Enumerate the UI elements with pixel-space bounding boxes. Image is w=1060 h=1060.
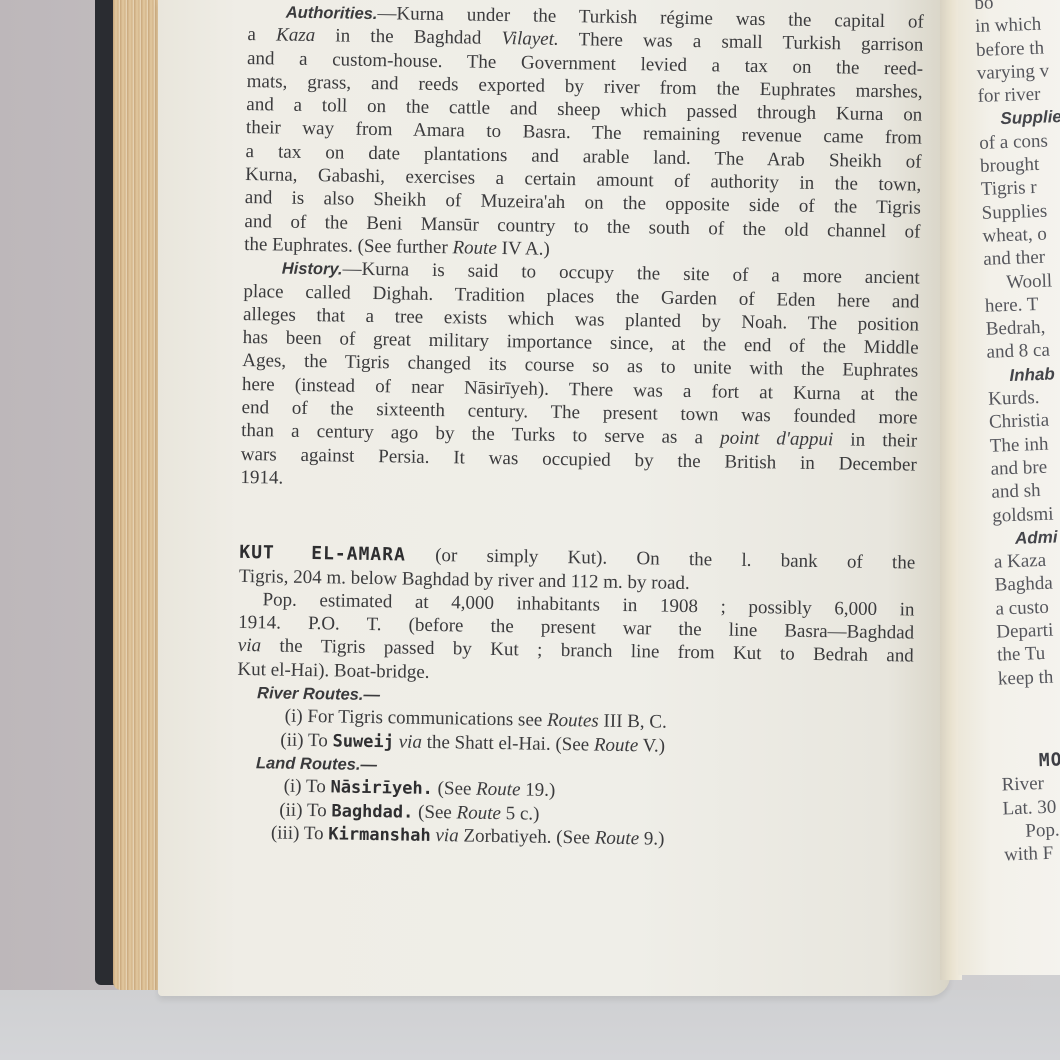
right-line: brought: [980, 151, 1060, 178]
right-line: of a cons: [979, 128, 1060, 155]
right-line: Departi: [996, 616, 1060, 643]
right-line: River: [1001, 770, 1060, 797]
kut-title: KUT EL-AMARA: [239, 542, 406, 566]
right-line: a custo: [995, 593, 1060, 620]
right-line: and sh: [991, 477, 1060, 504]
right-line: Baghda: [994, 570, 1060, 597]
page-edges: [113, 0, 163, 990]
right-line: The inh: [989, 430, 1060, 457]
right-line: a Kaza: [994, 547, 1060, 574]
right-line-heading: Inhab: [987, 360, 1060, 387]
land-routes-heading: Land Routes.—: [256, 754, 377, 774]
right-line: Lat. 30: [1002, 793, 1060, 820]
right-line: Christia: [989, 407, 1060, 434]
authorities-heading: Authorities.: [286, 4, 378, 23]
right-line: Pop.: [1003, 816, 1060, 843]
right-line: Bedrah,: [985, 314, 1060, 341]
left-page-text: Authorities.—Kurna under the Turkish rég…: [235, 0, 924, 855]
table-surface-bottom: [0, 990, 1060, 1060]
right-section-title-line: MOI: [1000, 746, 1060, 773]
right-line: keep th: [998, 663, 1060, 690]
land-routes: Land Routes.— (i) To Nāsirīyeh. (See Rou…: [235, 751, 912, 855]
right-gap: [998, 686, 1060, 750]
right-line: Wooll: [984, 267, 1060, 294]
right-line: wheat, o: [982, 221, 1060, 248]
right-line: Tigris r: [981, 174, 1060, 201]
right-line: and ther: [983, 244, 1060, 271]
right-line: with F: [1004, 839, 1060, 866]
right-line: here. T: [985, 290, 1060, 317]
history-heading: History.: [282, 260, 343, 279]
right-line: the Tu: [997, 640, 1060, 667]
right-line: and bre: [990, 453, 1060, 480]
river-routes: River Routes.— (i) For Tigris communicat…: [236, 681, 913, 762]
right-line: in which: [975, 11, 1060, 38]
right-line-heading: Supplie: [978, 104, 1060, 131]
right-line: Supplies: [981, 197, 1060, 224]
right-line: before th: [976, 34, 1060, 61]
right-line: for river: [977, 81, 1060, 108]
right-line: goldsmi: [992, 500, 1060, 527]
river-routes-heading: River Routes.—: [257, 684, 380, 704]
right-line: varying v: [976, 58, 1060, 85]
right-line: and 8 ca: [986, 337, 1060, 364]
right-line: Kurds.: [988, 384, 1060, 411]
right-line-heading: Admi: [993, 523, 1060, 550]
